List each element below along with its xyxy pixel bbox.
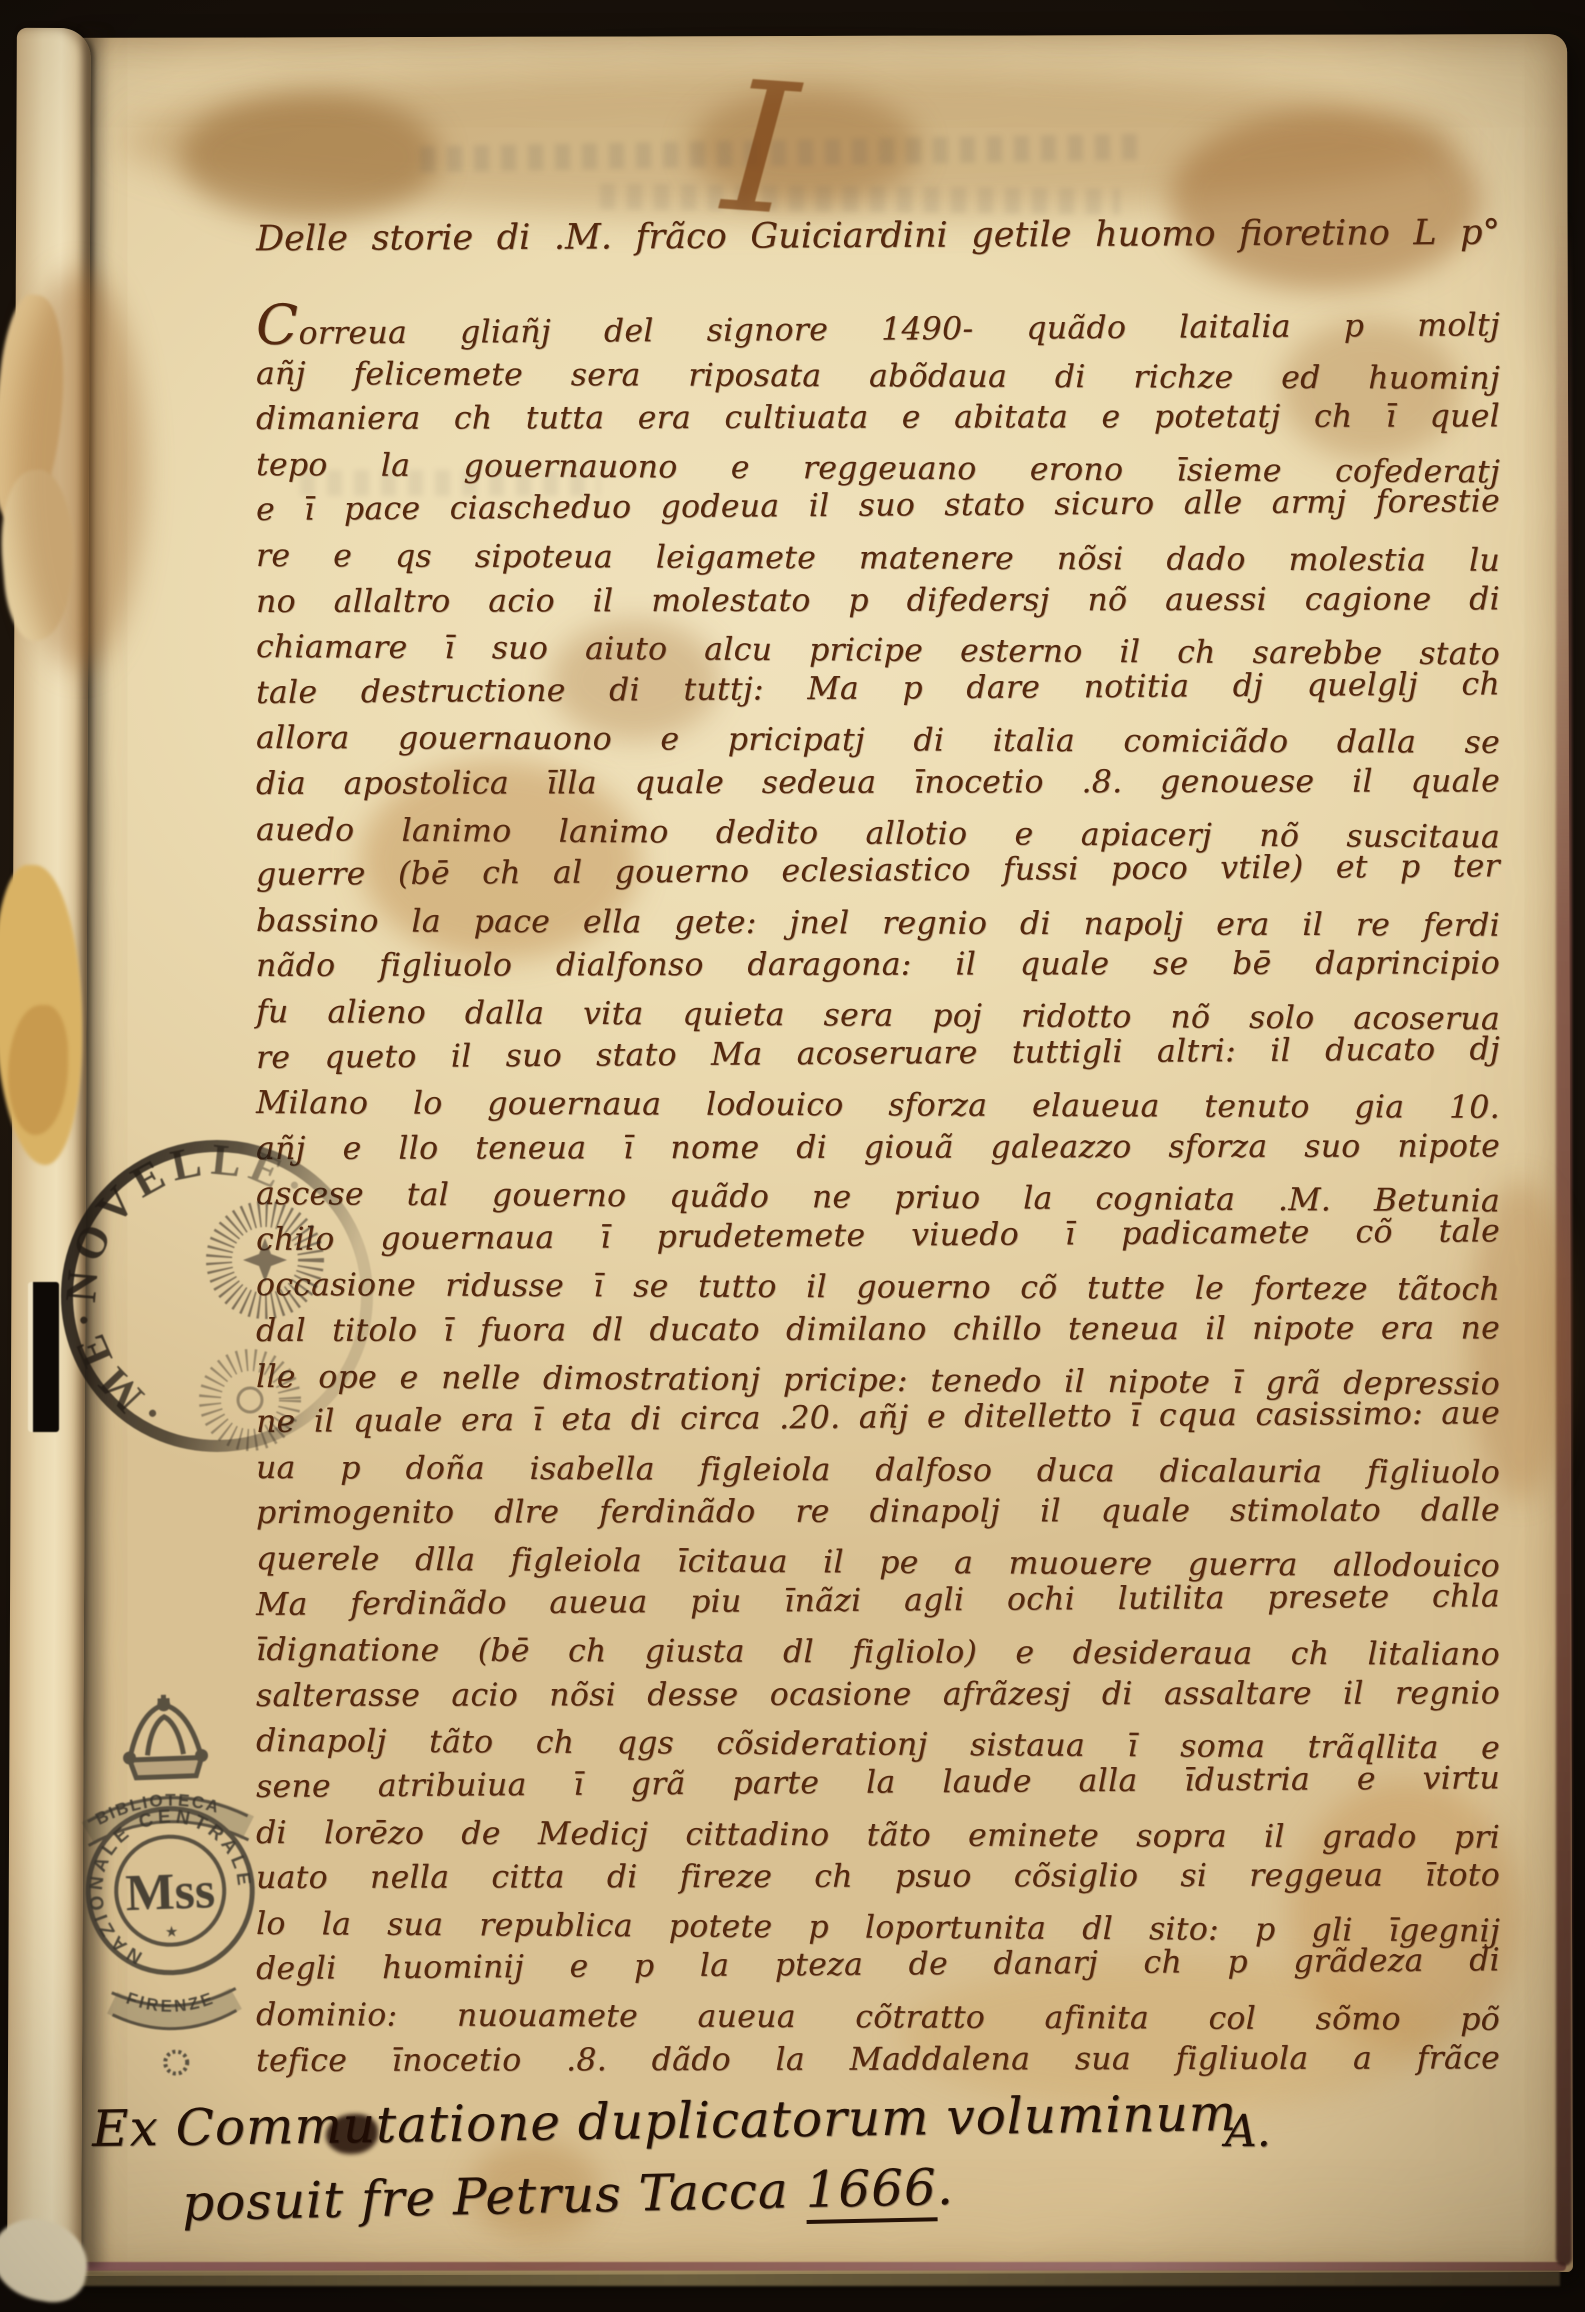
page-bottom-deckle-edge xyxy=(70,2262,1566,2271)
manuscript-line: uato nella citta di fireze ch psuo cõsig… xyxy=(256,1854,1500,1902)
ink-blot xyxy=(326,2114,378,2154)
manuscript-photo: I Delle storie di .M. frãco Guiciardini … xyxy=(0,0,1585,2312)
manuscript-line: e ī pace ciascheduo godeua il suo stato … xyxy=(256,480,1500,534)
exlibris-year: 1666 xyxy=(805,2158,938,2224)
me-novelle-stamp-icon: ·ME·NOVELLE· xyxy=(10,1100,410,1500)
page-bottom-under-edge xyxy=(80,2271,1560,2286)
manuscript-line: no allaltro acio il molestato p difeders… xyxy=(256,577,1500,625)
manuscript-line: nãdo figliuolo dialfonso daragona: il qu… xyxy=(256,942,1500,990)
manuscript-text-block: Correua gliañj del signore 1490- quãdo l… xyxy=(256,306,1500,2084)
manuscript-line: Correua gliañj del signore 1490- quãdo l… xyxy=(256,297,1500,351)
manuscript-line: re e qs sipoteua leigamete matenere nõsi… xyxy=(256,534,1500,584)
exlibris-marginal-letter: A. xyxy=(1225,2106,1271,2157)
manuscript-line: Ma ferdinãdo aueua piu īnãzi agli ochi l… xyxy=(256,1574,1500,1628)
manuscript-line: degli huominij e p la pteza de danarj ch… xyxy=(256,1939,1500,1993)
exlibris-period: . xyxy=(936,2158,954,2216)
manuscript-line: primogenito dlre ferdinãdo re dinapolj i… xyxy=(256,1489,1500,1537)
manuscript-line: dominio: nuouamete aueua cõtratto afinit… xyxy=(256,1993,1500,2043)
bncf-library-stamp-icon: NAZIONALE CENTRALE BIBLIOTECA FIRENZE Ms… xyxy=(75,1672,419,2093)
manuscript-line: dimaniera ch tutta era cultiuata e abita… xyxy=(256,395,1500,443)
manuscript-line: sene atribuiua ī grã parte la laude alla… xyxy=(256,1756,1500,1810)
manuscript-line: tefice īnocetio .8. dãdo la Maddalena su… xyxy=(256,2036,1500,2084)
bncf-star-icon: ★ xyxy=(165,1922,179,1940)
manuscript-line: dal titolo ī fuora dl ducato dimilano ch… xyxy=(256,1306,1500,1354)
manuscript-line: tale destructione di tuttj: Ma p dare no… xyxy=(256,662,1500,716)
crown-icon xyxy=(123,1693,206,1778)
manuscript-line: chilo gouernaua ī prudetemete viuedo ī p… xyxy=(256,1209,1500,1263)
manuscript-line: ne il quale era ī eta di circa .20. añj … xyxy=(256,1392,1500,1446)
manuscript-line: guerre (bē ch al gouerno eclesiastico fu… xyxy=(256,844,1500,898)
book-fore-edge xyxy=(1556,210,1572,2266)
manuscript-line: salterasse acio nõsi desse ocasione afrã… xyxy=(256,1671,1500,1719)
manuscript-line: añj e llo teneua ī nome di giouã galeazz… xyxy=(256,1124,1500,1172)
folio-numeral: I xyxy=(719,58,802,243)
manuscript-line: re queto il suo stato Ma acoseruare tutt… xyxy=(256,1027,1500,1081)
faded-erased-inscription xyxy=(600,183,1120,214)
manuscript-line: dia apostolica īlla quale sedeua īnoceti… xyxy=(256,759,1500,807)
manuscript-title: Delle storie di .M. frãco Guiciardini ge… xyxy=(256,213,1500,260)
stamp-burst-icon xyxy=(219,1214,311,1306)
bncf-mss-text: Mss xyxy=(125,1862,216,1922)
